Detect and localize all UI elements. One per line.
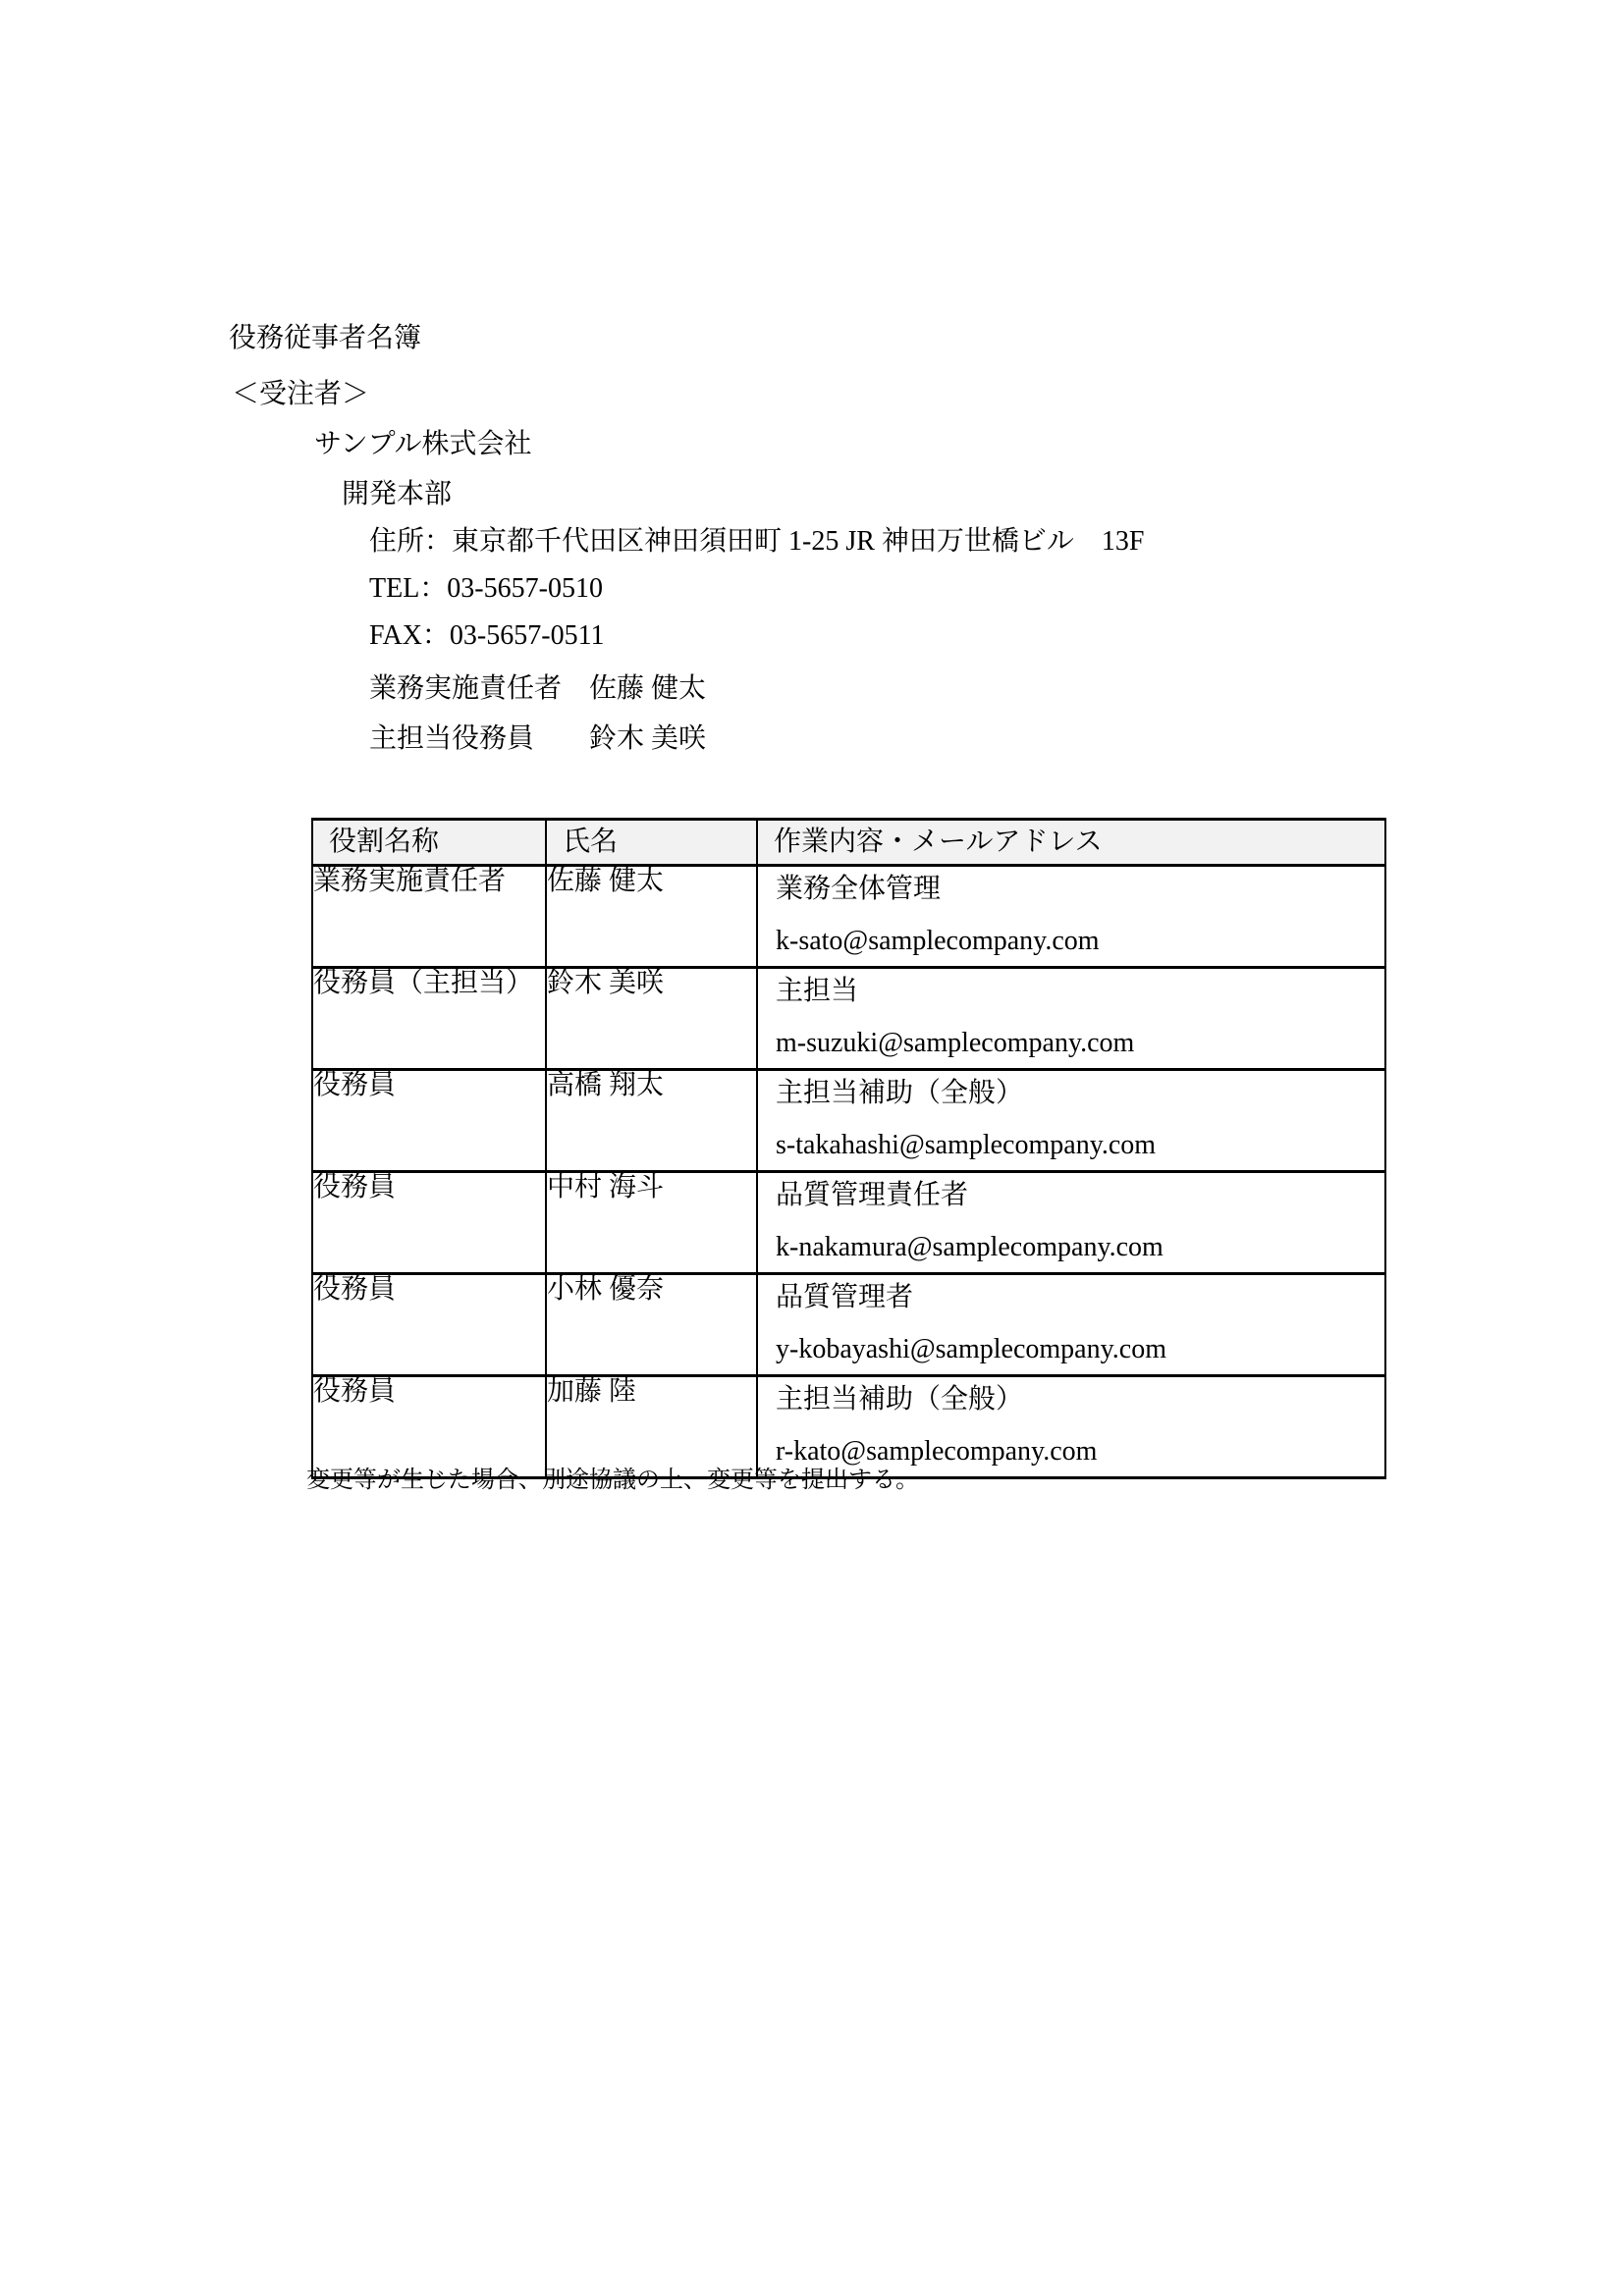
task-text: 主担当 [776, 977, 1384, 1006]
email-text: r-kato@samplecompany.com [776, 1437, 1384, 1467]
name-cell: 高橋 翔太 [546, 1070, 757, 1172]
name-cell: 佐藤 健太 [546, 866, 757, 968]
detail-cell: 主担当 m-suzuki@samplecompany.com [757, 968, 1385, 1070]
role-cell: 業務実施責任者 [312, 866, 546, 968]
roster-header: 役割名称 氏名 作業内容・メールアドレス [312, 820, 1385, 866]
document-page: 役務従事者名簿 ＜受注者＞ サンプル株式会社 開発本部 住所：東京都千代田区神田… [0, 0, 1624, 2296]
role-cell: 役務員 [312, 1376, 546, 1478]
detail-cell: 品質管理者 y-kobayashi@samplecompany.com [757, 1274, 1385, 1376]
table-row: 役務員 中村 海斗 品質管理責任者 k-nakamura@samplecompa… [312, 1172, 1385, 1274]
detail-cell: 主担当補助（全般） s-takahashi@samplecompany.com [757, 1070, 1385, 1172]
email-text: y-kobayashi@samplecompany.com [776, 1335, 1384, 1364]
detail-cell: 主担当補助（全般） r-kato@samplecompany.com [757, 1376, 1385, 1478]
name-cell: 小林 優奈 [546, 1274, 757, 1376]
detail-box: 品質管理責任者 k-nakamura@samplecompany.com [758, 1173, 1384, 1272]
task-text: 品質管理者 [776, 1283, 1384, 1312]
detail-box: 主担当補助（全般） r-kato@samplecompany.com [758, 1377, 1384, 1476]
header-name: 氏名 [546, 820, 757, 866]
roster-table-container: 役割名称 氏名 作業内容・メールアドレス 業務実施責任者 佐藤 健太 業務全体管… [311, 818, 1386, 1479]
header-detail: 作業内容・メールアドレス [757, 820, 1385, 866]
header-row: 役割名称 氏名 作業内容・メールアドレス [312, 820, 1385, 866]
company-name: サンプル株式会社 [314, 430, 531, 459]
header-role: 役割名称 [312, 820, 546, 866]
role-cell: 役務員（主担当） [312, 968, 546, 1070]
role-cell: 役務員 [312, 1070, 546, 1172]
task-text: 品質管理責任者 [776, 1181, 1384, 1210]
task-text: 業務全体管理 [776, 875, 1384, 904]
detail-box: 品質管理者 y-kobayashi@samplecompany.com [758, 1275, 1384, 1374]
fax-line: FAX：03-5657-0511 [369, 621, 605, 651]
main-staff-line: 主担当役務員 鈴木 美咲 [369, 724, 706, 754]
roster-table: 役割名称 氏名 作業内容・メールアドレス 業務実施責任者 佐藤 健太 業務全体管… [311, 818, 1386, 1479]
email-text: m-suzuki@samplecompany.com [776, 1029, 1384, 1058]
page-title: 役務従事者名簿 [229, 324, 421, 353]
change-note: 変更等が生じた場合、別途協議の上、変更等を提出する。 [306, 1467, 919, 1494]
task-text: 主担当補助（全般） [776, 1079, 1384, 1108]
party-label: ＜受注者＞ [232, 380, 369, 409]
role-cell: 役務員 [312, 1172, 546, 1274]
roster-body: 業務実施責任者 佐藤 健太 業務全体管理 k-sato@samplecompan… [312, 866, 1385, 1478]
email-text: s-takahashi@samplecompany.com [776, 1131, 1384, 1160]
email-text: k-nakamura@samplecompany.com [776, 1233, 1384, 1262]
email-text: k-sato@samplecompany.com [776, 927, 1384, 956]
detail-cell: 品質管理責任者 k-nakamura@samplecompany.com [757, 1172, 1385, 1274]
task-text: 主担当補助（全般） [776, 1385, 1384, 1415]
table-row: 役務員 加藤 陸 主担当補助（全般） r-kato@samplecompany.… [312, 1376, 1385, 1478]
manager-line: 業務実施責任者 佐藤 健太 [369, 674, 706, 704]
division-name: 開発本部 [342, 480, 452, 509]
detail-cell: 業務全体管理 k-sato@samplecompany.com [757, 866, 1385, 968]
address-line: 住所：東京都千代田区神田須田町 1-25 JR 神田万世橋ビル 13F [369, 527, 1144, 557]
detail-box: 主担当 m-suzuki@samplecompany.com [758, 969, 1384, 1068]
name-cell: 加藤 陸 [546, 1376, 757, 1478]
table-row: 役務員 高橋 翔太 主担当補助（全般） s-takahashi@sampleco… [312, 1070, 1385, 1172]
detail-box: 主担当補助（全般） s-takahashi@samplecompany.com [758, 1071, 1384, 1170]
table-row: 役務員 小林 優奈 品質管理者 y-kobayashi@samplecompan… [312, 1274, 1385, 1376]
table-row: 役務員（主担当） 鈴木 美咲 主担当 m-suzuki@samplecompan… [312, 968, 1385, 1070]
table-row: 業務実施責任者 佐藤 健太 業務全体管理 k-sato@samplecompan… [312, 866, 1385, 968]
name-cell: 鈴木 美咲 [546, 968, 757, 1070]
tel-line: TEL：03-5657-0510 [369, 574, 603, 604]
detail-box: 業務全体管理 k-sato@samplecompany.com [758, 867, 1384, 966]
name-cell: 中村 海斗 [546, 1172, 757, 1274]
role-cell: 役務員 [312, 1274, 546, 1376]
